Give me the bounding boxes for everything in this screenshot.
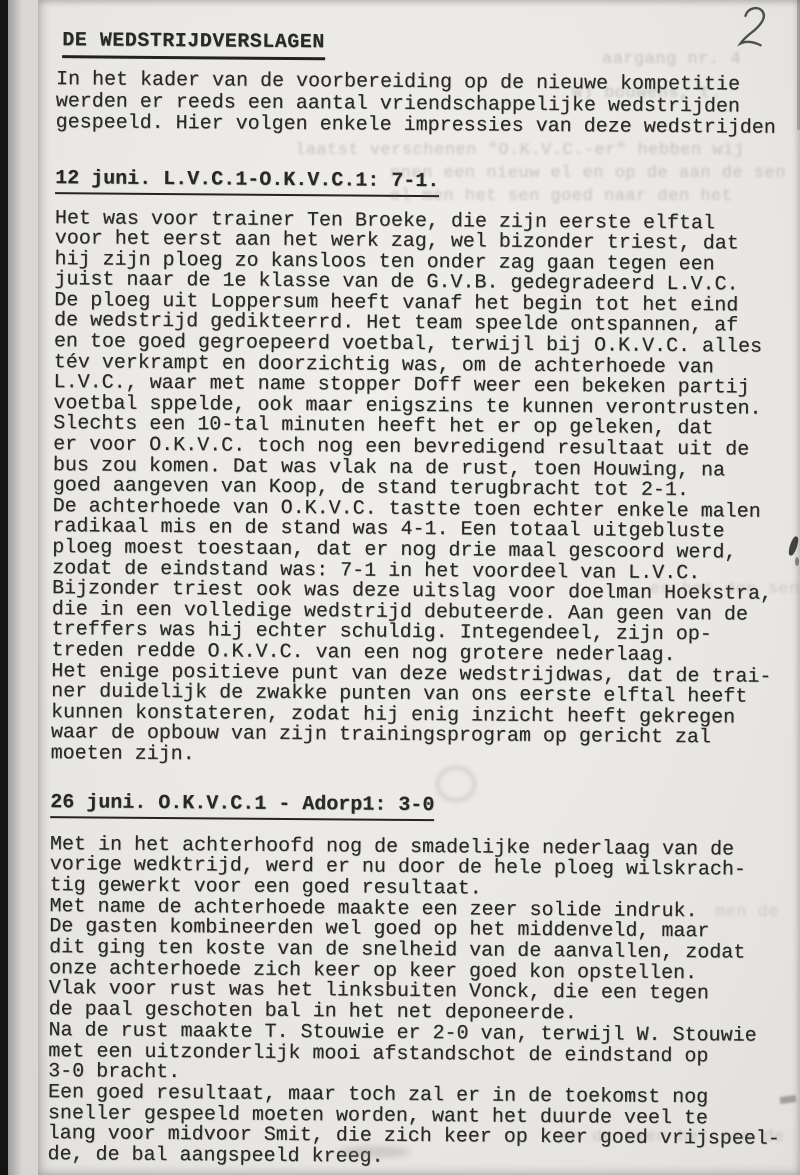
scan-edge-strip bbox=[0, 0, 8, 1175]
bleed-through-text: laatst verschenen "O.K.V.C.-er" hebben w… bbox=[295, 141, 744, 160]
bleed-through-text: aargang nr. 4 bbox=[602, 50, 741, 69]
intro-paragraph: In het kader van de voorbereiding op de … bbox=[56, 69, 800, 139]
handwritten-page-number bbox=[738, 4, 768, 50]
match-report-2: Met in het achterhoofd nog de smadelijke… bbox=[47, 835, 798, 1172]
bleed-through-text: nnen een nieuw el en op de aan de sen bbox=[390, 164, 786, 183]
scanned-document-page: aargang nr. 4 W) bouwens, t. laatst vers… bbox=[0, 0, 800, 1175]
bleed-through-text: W) bouwens, t. bbox=[572, 84, 722, 103]
bleed-through-text: en het den sen bbox=[650, 580, 800, 599]
bleed-through-text: el men het sen goed naar den het bbox=[390, 187, 732, 206]
scan-edge-shadow bbox=[8, 0, 22, 1175]
ink-blob bbox=[795, 557, 799, 566]
bleed-through-text: men de bbox=[715, 903, 779, 922]
paper-sheet: aargang nr. 4 W) bouwens, t. laatst vers… bbox=[38, 0, 800, 1175]
match-heading-row-2: 26 juni. O.K.V.C.1 - Adorp1: 3-0 bbox=[50, 792, 798, 824]
match-report-1: Het was voor trainer Ten Broeke, die zij… bbox=[51, 209, 800, 771]
document-title: DE WEDSTRIJDVERSLAGEN bbox=[62, 30, 325, 60]
paper-smudge bbox=[338, 1146, 410, 1158]
handwritten-2-icon bbox=[735, 2, 771, 52]
match-heading-1: 12 juni. L.V.C.1-O.K.V.C.1: 7-1. bbox=[55, 168, 439, 197]
paper-smudge-ring bbox=[436, 766, 476, 802]
bleed-through-text: an de teen het sen de bbox=[560, 1128, 785, 1147]
match-heading-2: 26 juni. O.K.V.C.1 - Adorp1: 3-0 bbox=[50, 792, 434, 821]
